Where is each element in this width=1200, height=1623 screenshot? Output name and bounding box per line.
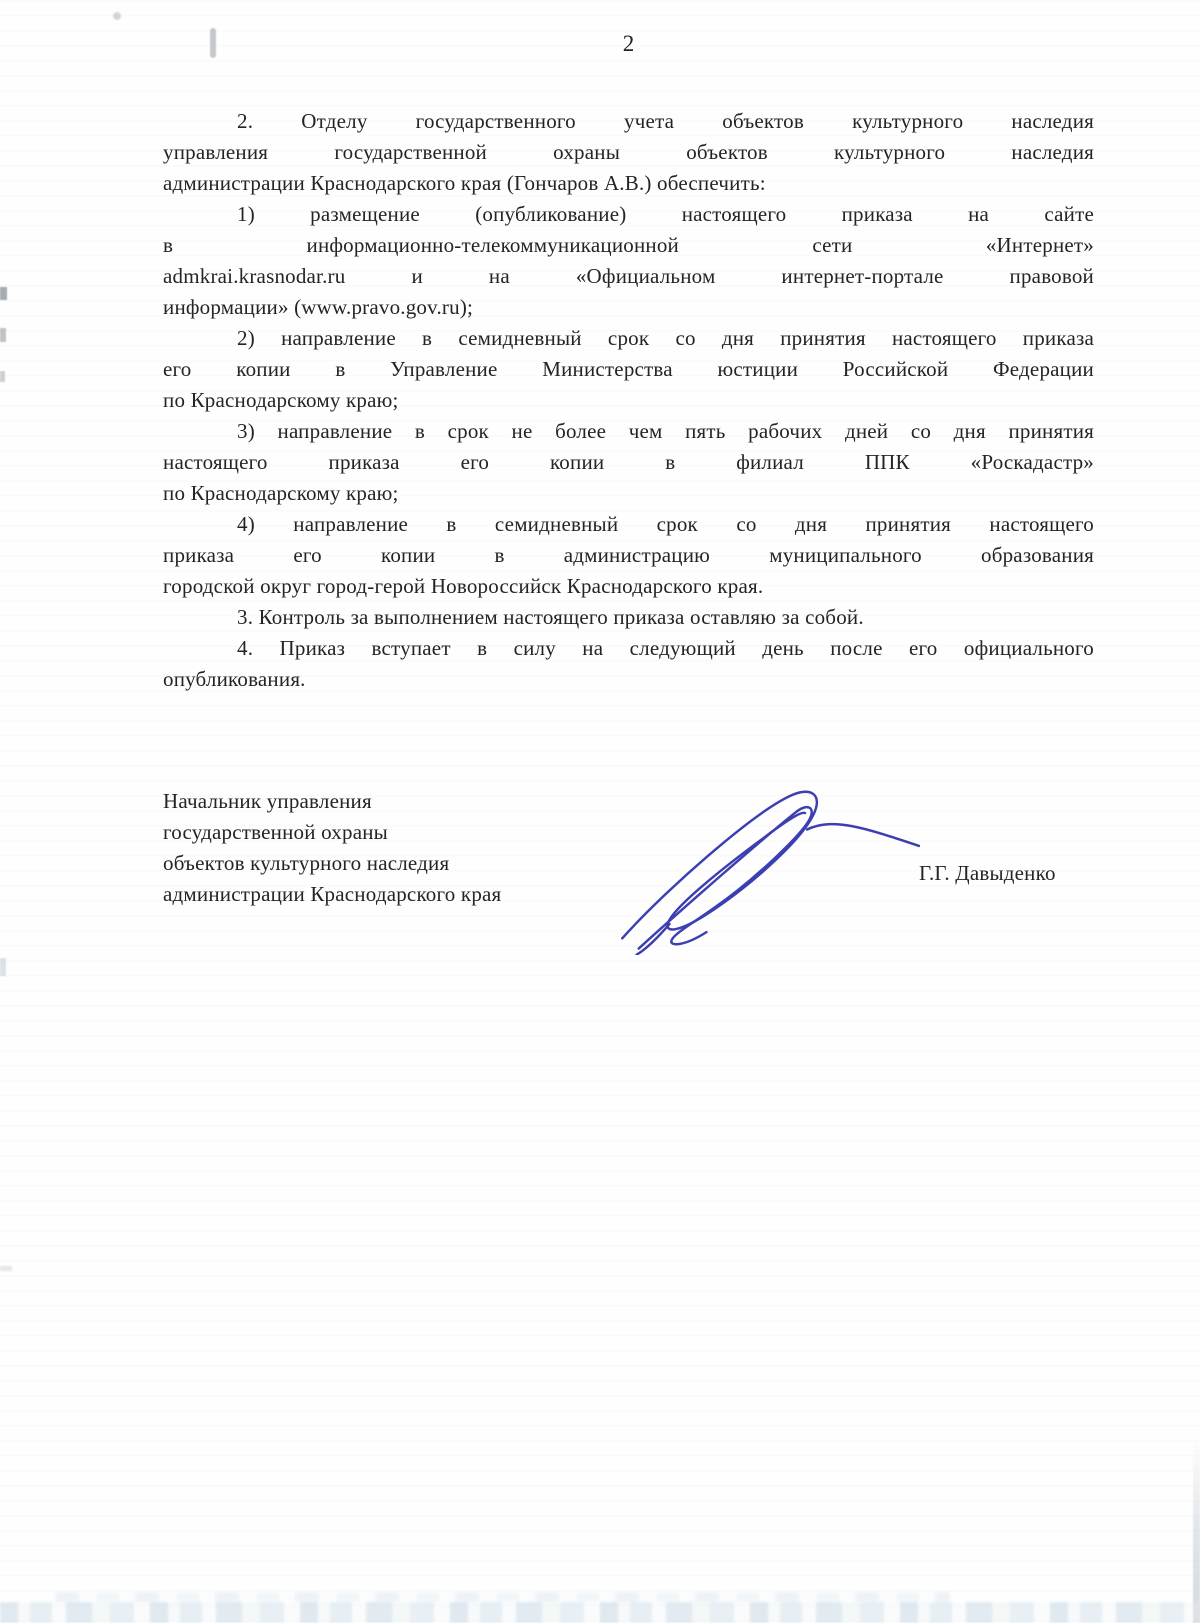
scan-speck: [113, 12, 121, 20]
scan-artifact-band-soft: [55, 1592, 950, 1602]
text-line: администрации Краснодарского края (Гонча…: [163, 168, 1094, 199]
scan-edge-shadow: [1193, 1440, 1200, 1623]
paragraph-item-3: 3. Контроль за выполнением настоящего пр…: [163, 602, 1094, 633]
paragraph-subitem-3: 3) направление в срок не более чем пять …: [163, 416, 1094, 509]
text-line: 3) направление в срок не более чем пять …: [163, 416, 1094, 447]
paragraph-item-4: 4. Приказ вступает в силу на следующий д…: [163, 633, 1094, 695]
paragraph-subitem-2: 2) направление в семидневный срок со дня…: [163, 323, 1094, 416]
text-line: по Краснодарскому краю;: [163, 385, 1094, 416]
position-line: объектов культурного наследия: [163, 848, 633, 879]
position-line: государственной охраны: [163, 817, 633, 848]
scanned-document-page: 2 2. Отделу государственного учета объек…: [0, 0, 1200, 1623]
handwritten-signature-icon: [612, 783, 920, 955]
scan-edge-mark: [0, 328, 6, 342]
text-line: приказа его копии в администрацию муници…: [163, 540, 1094, 571]
document-body: 2. Отделу государственного учета объекто…: [163, 106, 1094, 695]
text-line: 2) направление в семидневный срок со дня…: [163, 323, 1094, 354]
text-line: настоящего приказа его копии в филиал ПП…: [163, 447, 1094, 478]
paragraph-subitem-4: 4) направление в семидневный срок со дня…: [163, 509, 1094, 602]
text-line: 4. Приказ вступает в силу на следующий д…: [163, 633, 1094, 664]
text-line: управления государственной охраны объект…: [163, 137, 1094, 168]
paragraph-item-2-intro: 2. Отделу государственного учета объекто…: [163, 106, 1094, 199]
text-line: 2. Отделу государственного учета объекто…: [163, 106, 1094, 137]
text-line: по Краснодарскому краю;: [163, 478, 1094, 509]
text-line: admkrai.krasnodar.ru и на «Официальном и…: [163, 261, 1094, 292]
text-line: 4) направление в семидневный срок со дня…: [163, 509, 1094, 540]
text-line: его копии в Управление Министерства юсти…: [163, 354, 1094, 385]
paragraph-subitem-1: 1) размещение (опубликование) настоящего…: [163, 199, 1094, 323]
scan-edge-mark: [0, 958, 6, 976]
text-line: информации» (www.pravo.gov.ru);: [163, 292, 1094, 323]
signatory-name: Г.Г. Давыденко: [919, 858, 1056, 889]
scan-edge-mark: [0, 371, 5, 382]
text-line: 1) размещение (опубликование) настоящего…: [163, 199, 1094, 230]
position-line: администрации Краснодарского края: [163, 879, 633, 910]
page-number: 2: [163, 30, 1094, 58]
text-line: городской округ город-герой Новороссийск…: [163, 571, 1094, 602]
scan-edge-mark: [0, 287, 7, 300]
text-line: 3. Контроль за выполнением настоящего пр…: [163, 602, 1094, 633]
position-line: Начальник управления: [163, 786, 633, 817]
scan-artifact-band: [0, 1602, 1200, 1623]
signatory-position-block: Начальник управления государственной охр…: [163, 786, 633, 910]
text-line: в информационно-телекоммуникационной сет…: [163, 230, 1094, 261]
scan-edge-mark: [0, 1266, 12, 1271]
text-line: опубликования.: [163, 664, 1094, 695]
